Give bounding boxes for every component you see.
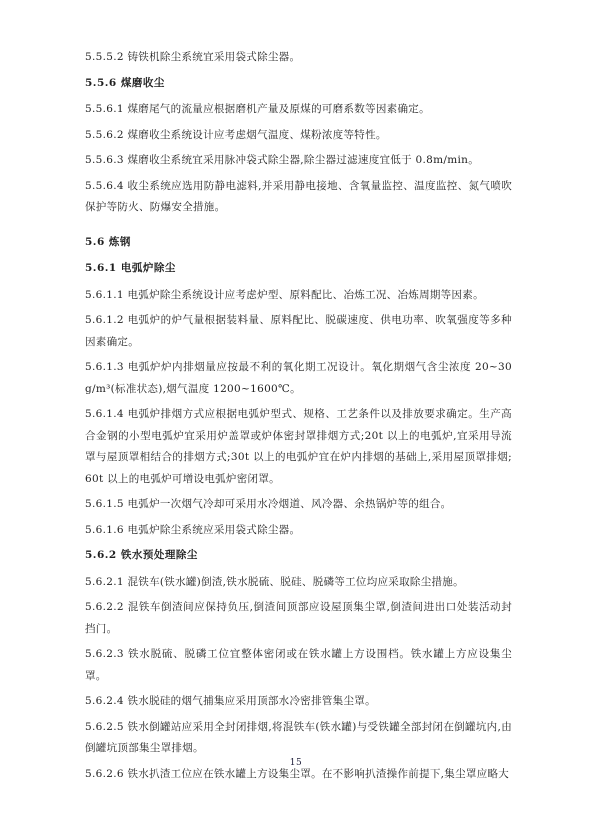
clause-paragraph: 5.6.2.4 铁水脱硅的烟气捕集应采用顶部水冷密排管集尘罩。 <box>85 691 512 713</box>
section-heading: 5.6.2 铁水预处理除尘 <box>85 545 512 567</box>
clause-paragraph: 5.6.1.2 电弧炉的炉气量根据装料量、原料配比、脱碳速度、供电功率、吹氧强度… <box>85 310 512 353</box>
clause-paragraph: 5.6.1.6 电弧炉除尘系统应采用袋式除尘器。 <box>85 520 512 542</box>
clause-paragraph: 5.5.6.2 煤磨收尘系统设计应考虑烟气温度、煤粉浓度等特性。 <box>85 125 512 147</box>
page-number: 15 <box>0 758 592 768</box>
clause-paragraph: 5.6.2.3 铁水脱硫、脱磷工位宜整体密闭或在铁水罐上方设围档。铁水罐上方应设… <box>85 644 512 687</box>
document-page: 5.5.5.2 铸铁机除尘系统宜采用袋式除尘器。5.5.6 煤磨收尘5.5.6.… <box>0 0 592 824</box>
document-body: 5.5.5.2 铸铁机除尘系统宜采用袋式除尘器。5.5.6 煤磨收尘5.5.6.… <box>85 47 512 789</box>
section-heading: 5.5.6 煤磨收尘 <box>85 73 512 95</box>
clause-paragraph: 5.5.6.3 煤磨收尘系统宜采用脉冲袋式除尘器,除尘器过滤速度宜低于 0.8m… <box>85 150 512 172</box>
clause-paragraph: 5.6.2.2 混铁车倒渣间应保持负压,倒渣间顶部应设屋顶集尘罩,倒渣间进出口处… <box>85 597 512 640</box>
section-heading: 5.6 炼钢 <box>85 232 512 254</box>
clause-paragraph: 5.6.1.4 电弧炉排烟方式应根据电弧炉型式、规格、工艺条件以及排放要求确定。… <box>85 404 512 490</box>
clause-paragraph: 5.6.1.5 电弧炉一次烟气冷却可采用水冷烟道、风冷器、余热锅炉等的组合。 <box>85 494 512 516</box>
clause-paragraph: 5.6.1.3 电弧炉炉内排烟量应按最不利的氧化期工况设计。氧化期烟气含尘浓度 … <box>85 357 512 400</box>
section-heading: 5.6.1 电弧炉除尘 <box>85 258 512 280</box>
clause-paragraph: 5.5.6.1 煤磨尾气的流量应根据磨机产量及原煤的可磨系数等因素确定。 <box>85 99 512 121</box>
clause-paragraph: 5.6.1.1 电弧炉除尘系统设计应考虑炉型、原料配比、冶炼工况、冶炼周期等因素… <box>85 285 512 307</box>
clause-paragraph: 5.5.6.4 收尘系统应选用防静电滤料,并采用静电接地、含氧量监控、温度监控、… <box>85 176 512 219</box>
clause-paragraph: 5.6.2.1 混铁车(铁水罐)倒渣,铁水脱硫、脱硅、脱磷等工位均应采取除尘措施… <box>85 572 512 594</box>
clause-paragraph: 5.6.2.5 铁水倒罐站应采用全封闭排烟,将混铁车(铁水罐)与受铁罐全部封闭在… <box>85 717 512 760</box>
clause-paragraph: 5.5.5.2 铸铁机除尘系统宜采用袋式除尘器。 <box>85 47 512 69</box>
